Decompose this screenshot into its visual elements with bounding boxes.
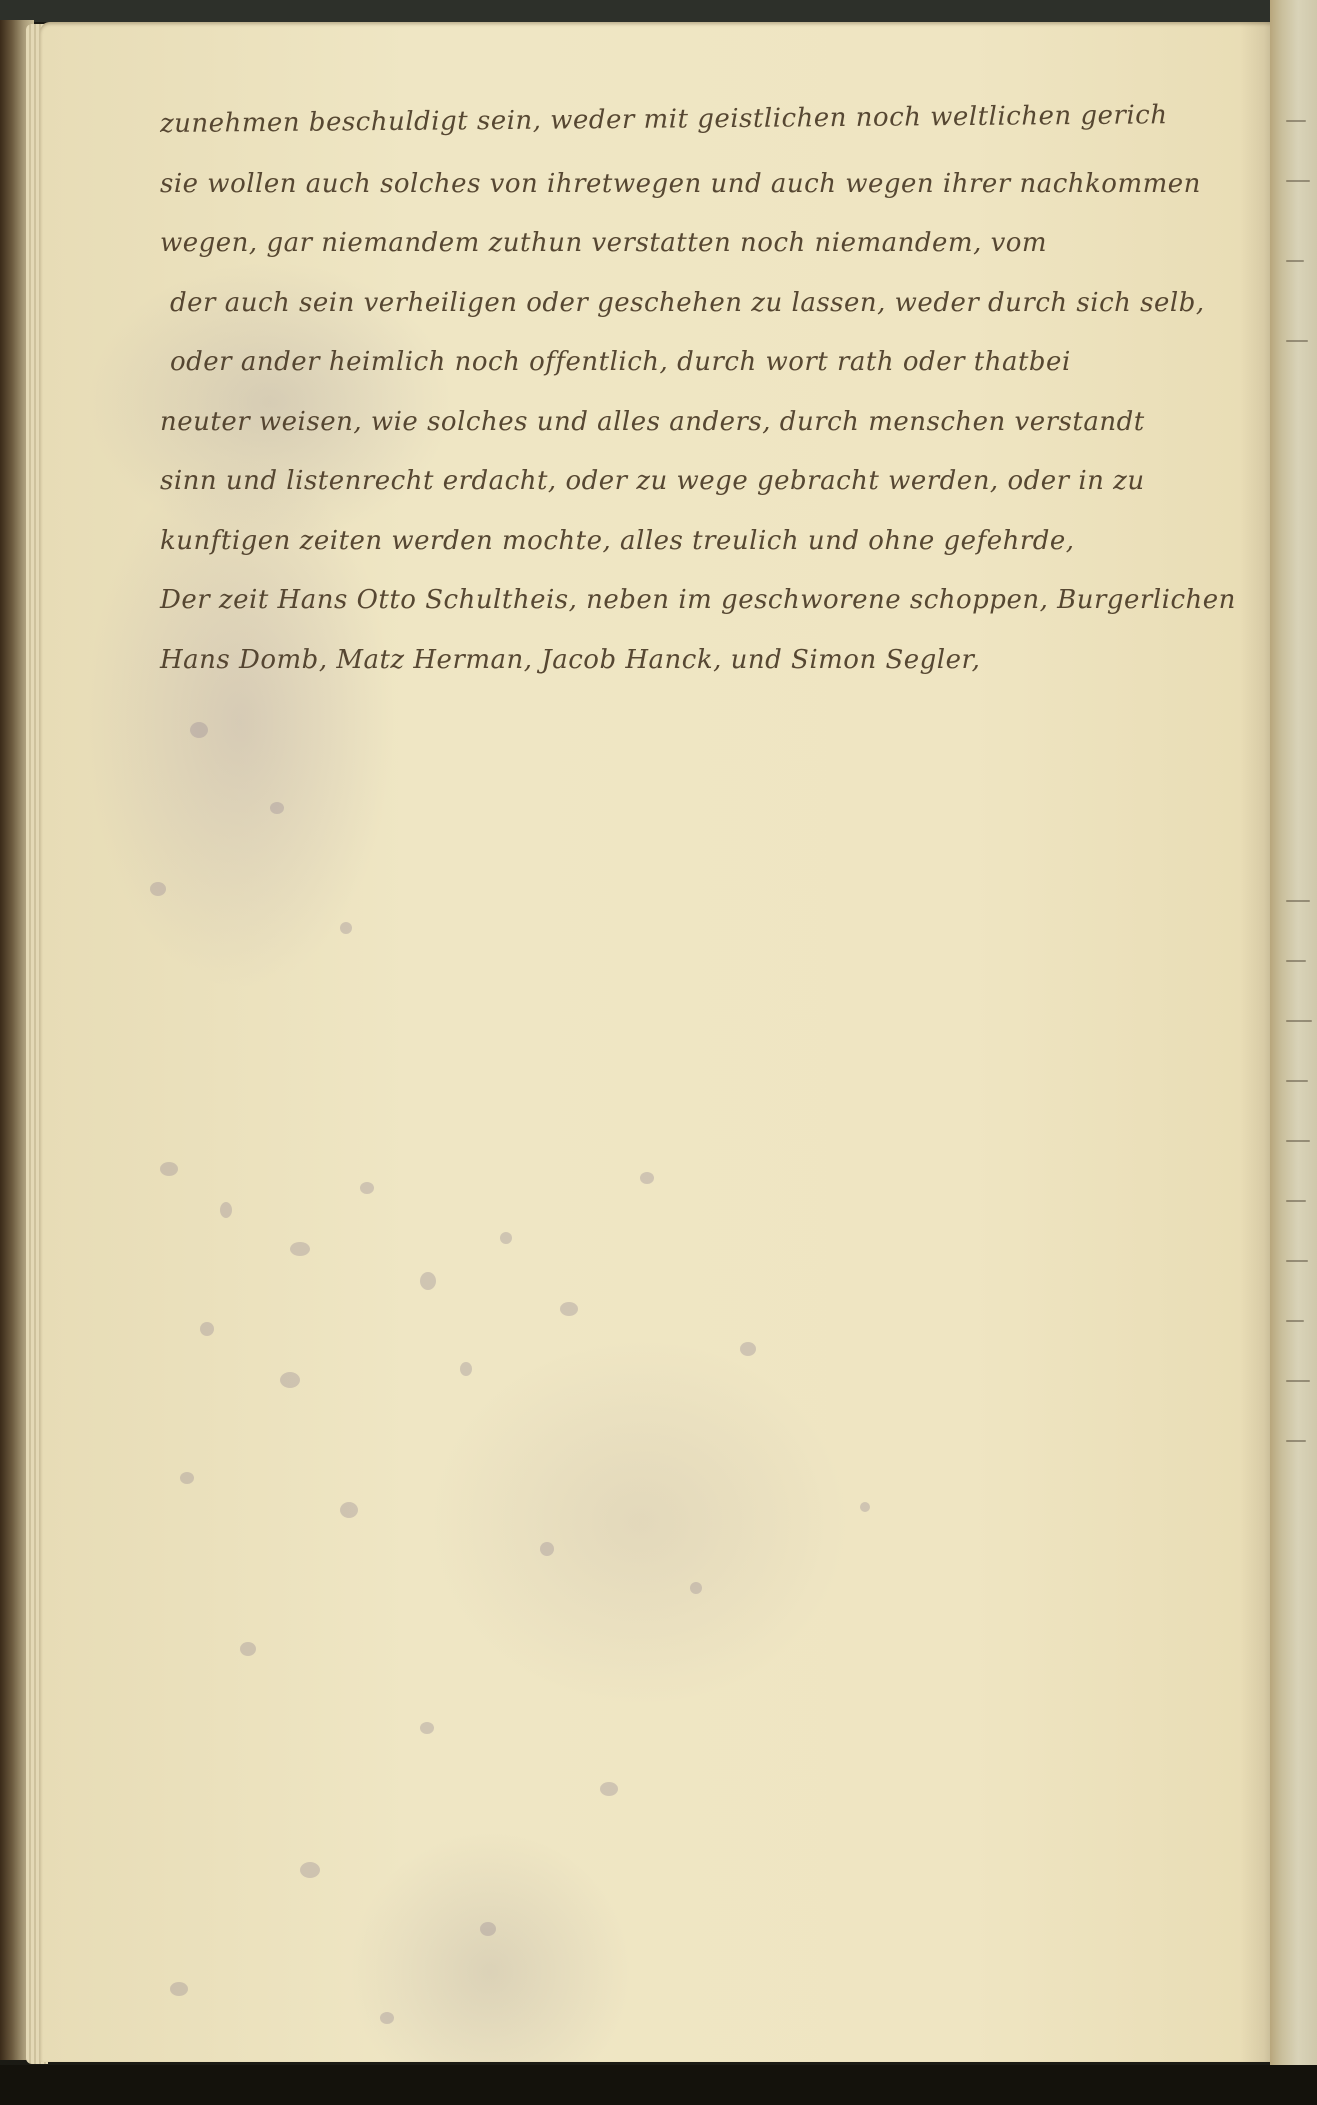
adjacent-page-handwriting <box>1286 120 1306 122</box>
adjacent-page-handwriting <box>1286 180 1310 182</box>
foxing-spot <box>340 922 352 934</box>
adjacent-page-handwriting <box>1286 1440 1306 1442</box>
foxing-spot <box>290 1242 310 1256</box>
foxing-spot <box>280 1372 300 1388</box>
text-line: kunftigen zeiten werden mochte, alles tr… <box>160 512 1270 572</box>
adjacent-page-handwriting <box>1286 900 1310 902</box>
foxing-spot <box>420 1722 434 1734</box>
foxing-spot <box>380 2012 394 2024</box>
foxing-spot <box>270 802 284 814</box>
scan-bottom-border <box>0 2065 1317 2105</box>
adjacent-page-handwriting <box>1286 260 1304 262</box>
text-line: zunehmen beschuldigt sein, weder mit gei… <box>160 85 1270 154</box>
adjacent-page-handwriting <box>1286 960 1306 962</box>
text-line: neuter weisen, wie solches und alles and… <box>160 393 1270 453</box>
adjacent-page-handwriting <box>1286 1200 1306 1202</box>
text-line: wegen, gar niemandem zuthun verstatten n… <box>160 214 1270 274</box>
foxing-spot <box>740 1342 756 1356</box>
foxing-spot <box>180 1472 194 1484</box>
adjacent-page-handwriting <box>1286 1320 1304 1322</box>
foxing-spot <box>560 1302 578 1316</box>
text-line: Hans Domb, Matz Herman, Jacob Hanck, und… <box>160 631 1270 691</box>
adjacent-page-handwriting <box>1286 1260 1308 1262</box>
foxing-spot <box>480 1922 496 1936</box>
foxing-spot <box>190 722 208 738</box>
foxing-spot <box>690 1582 702 1594</box>
foxing-spot <box>240 1642 256 1656</box>
adjacent-page-handwriting <box>1286 1080 1308 1082</box>
text-line: sie wollen auch solches von ihretwegen u… <box>160 155 1270 215</box>
foxing-spot <box>420 1272 436 1290</box>
foxing-spot <box>360 1182 374 1194</box>
text-line: Der zeit Hans Otto Schultheis, neben im … <box>160 571 1270 631</box>
foxing-spot <box>500 1232 512 1244</box>
foxing-spot <box>300 1862 320 1878</box>
adjacent-page-handwriting <box>1286 1380 1310 1382</box>
text-line: sinn und listenrecht erdacht, oder zu we… <box>160 452 1270 512</box>
foxing-spot <box>160 1162 178 1176</box>
manuscript-text: zunehmen beschuldigt sein, weder mit gei… <box>160 95 1270 690</box>
foxing-spot <box>540 1542 554 1556</box>
scan-top-border <box>0 0 1317 22</box>
text-line: der auch sein verheiligen oder geschehen… <box>160 274 1270 334</box>
foxing-spot <box>150 882 166 896</box>
adjacent-page-edge <box>1270 0 1317 2105</box>
adjacent-page-handwriting <box>1286 1140 1310 1142</box>
foxing-spot <box>460 1362 472 1376</box>
foxing-spot <box>170 1982 188 1996</box>
text-line: oder ander heimlich noch offentlich, dur… <box>160 333 1270 393</box>
foxing-spot <box>220 1202 232 1218</box>
foxing-spot <box>200 1322 214 1336</box>
foxing-spot <box>640 1172 654 1184</box>
foxing-spot <box>340 1502 358 1518</box>
foxing-spot <box>600 1782 618 1796</box>
adjacent-page-handwriting <box>1286 340 1308 342</box>
adjacent-page-handwriting <box>1286 1020 1312 1022</box>
foxing-spot <box>860 1502 870 1512</box>
